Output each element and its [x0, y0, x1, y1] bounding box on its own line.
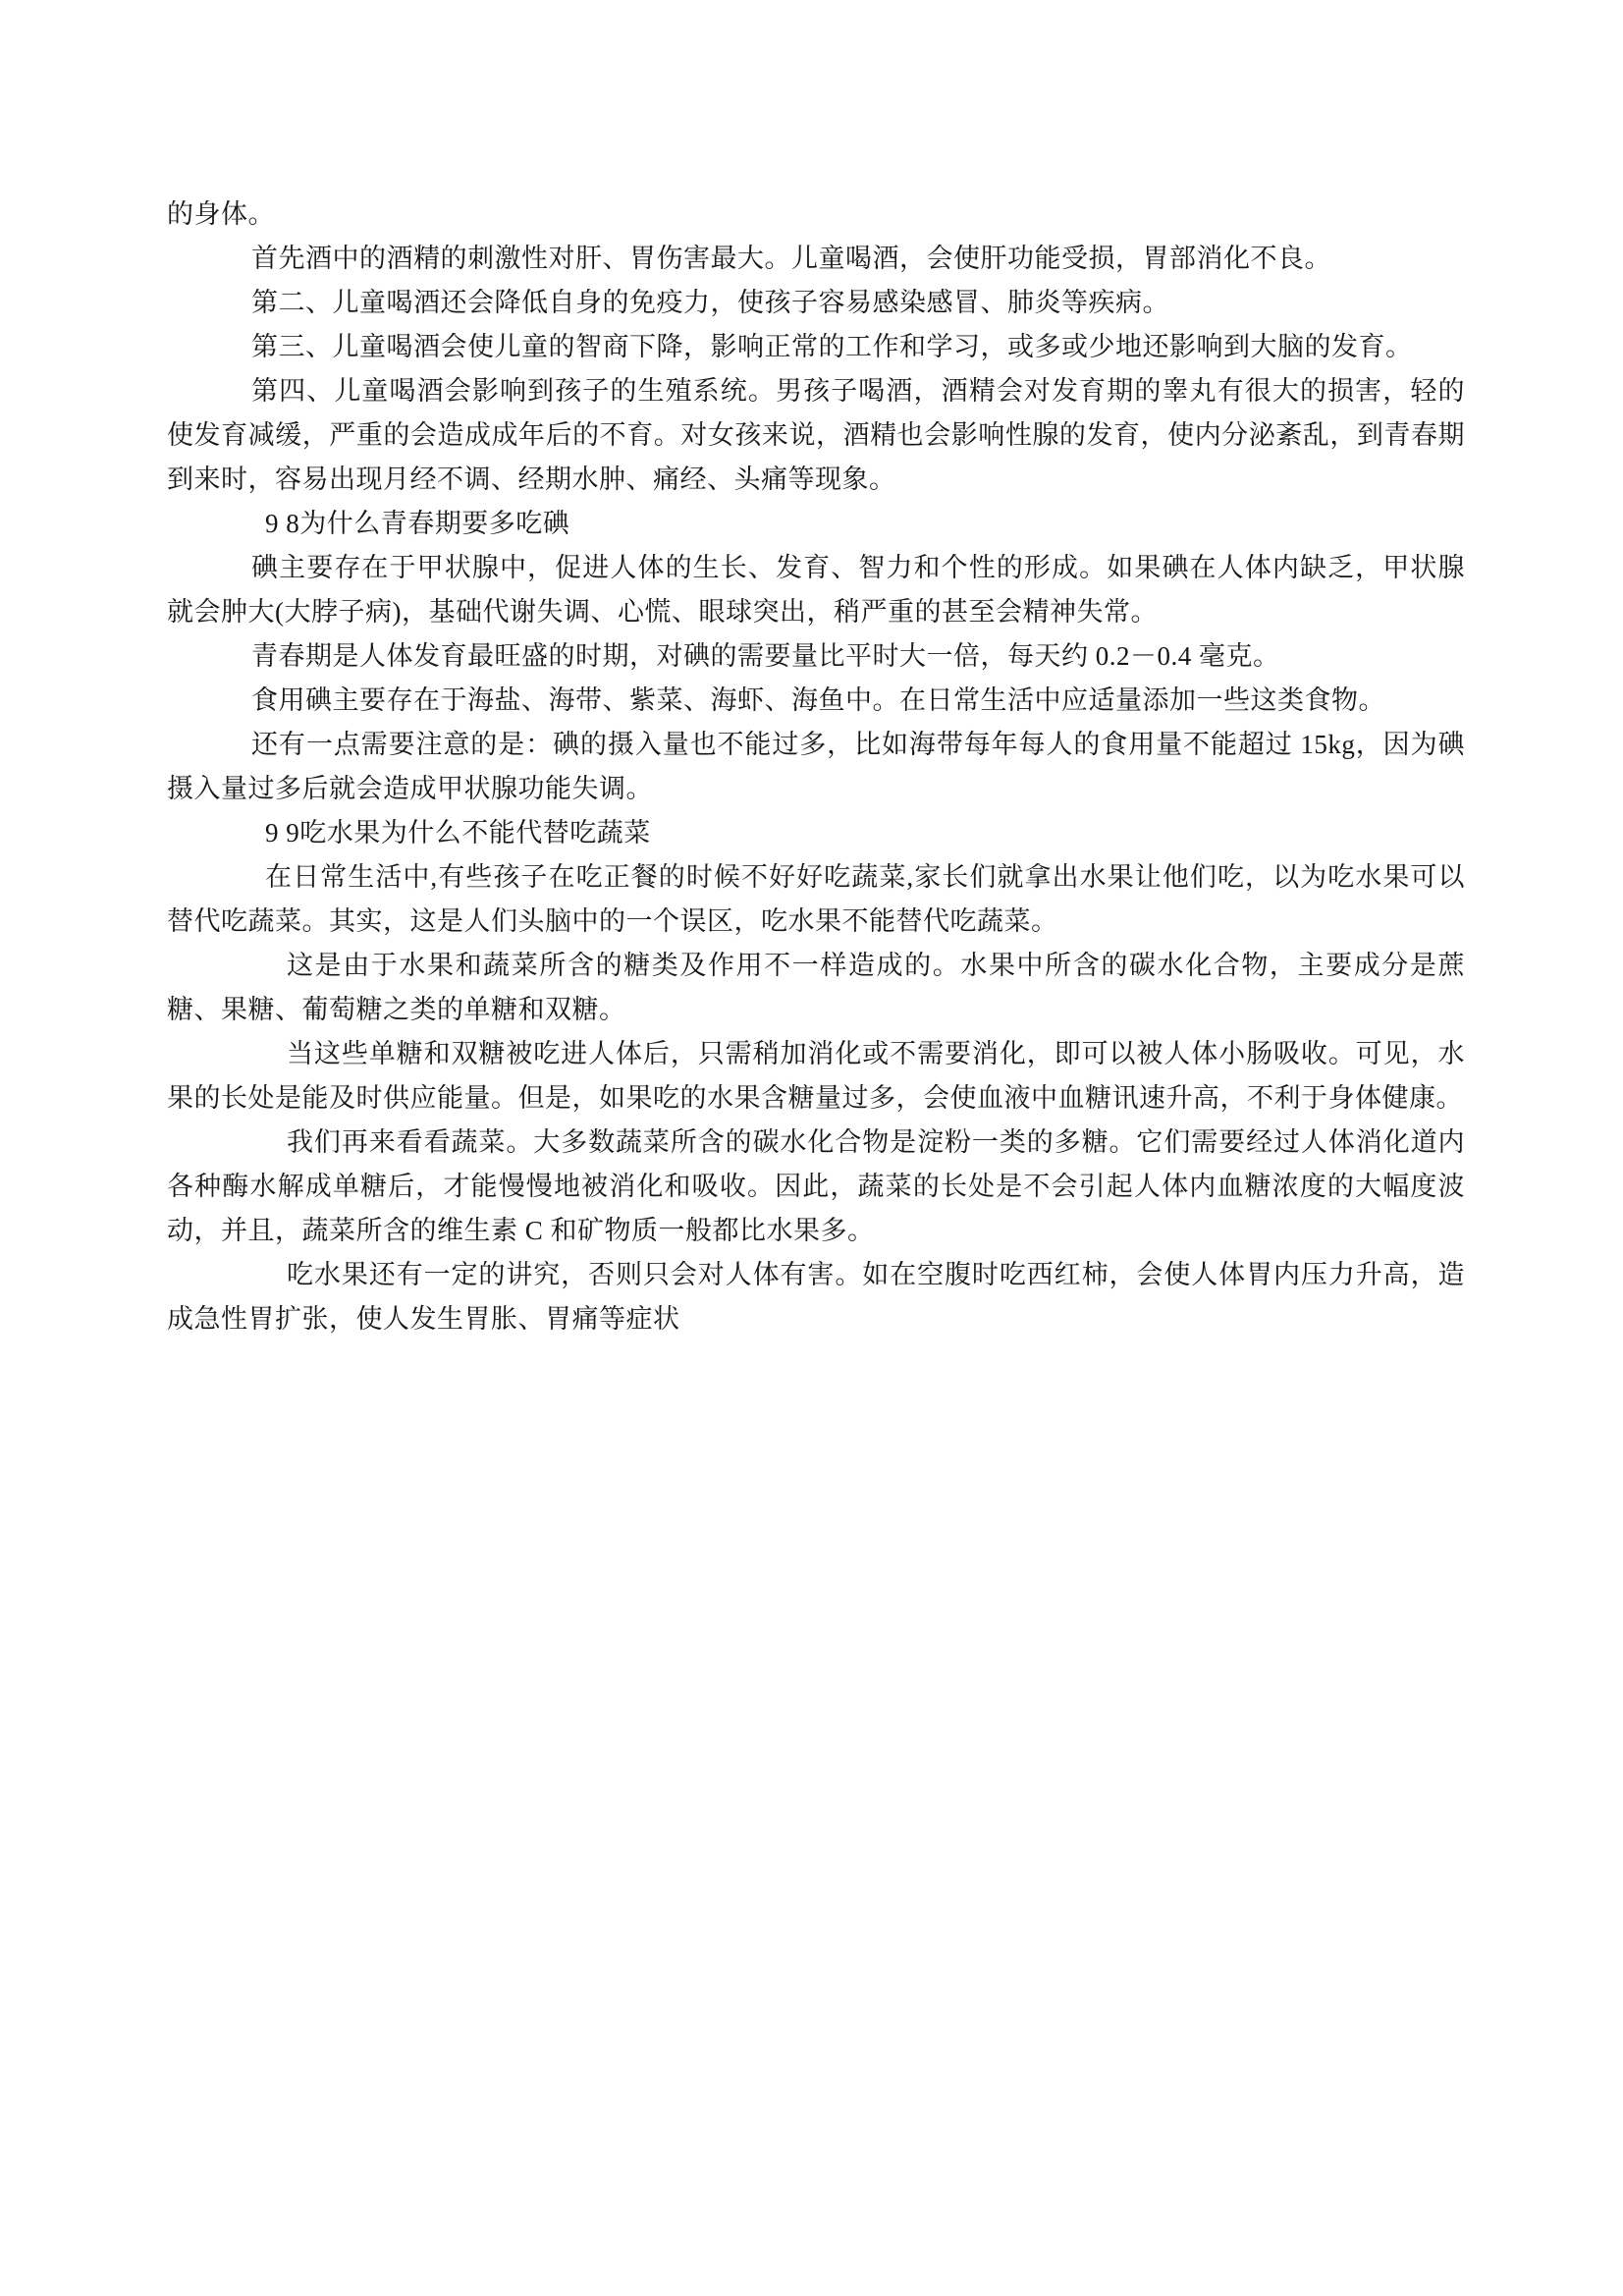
heading-section-99-fruit-vegetable: 9 9吃水果为什么不能代替吃蔬菜 — [167, 811, 1465, 855]
document-content: 的身体。 首先酒中的酒精的刺激性对肝、胃伤害最大。儿童喝酒，会使肝功能受损，胃部… — [167, 192, 1465, 1341]
paragraph-sugar-difference: 这是由于水果和蔬菜所含的糖类及作用不一样造成的。水果中所含的碳水化合物，主要成分… — [167, 944, 1465, 1032]
paragraph-fruit-misconception: 在日常生活中,有些孩子在吃正餐的时候不好好吃蔬菜,家长们就拿出水果让他们吃，以为… — [167, 855, 1465, 944]
paragraph-third-intelligence: 第三、儿童喝酒会使儿童的智商下降，影响正常的工作和学习，或多或少地还影响到大脑的… — [167, 325, 1465, 369]
heading-section-98-iodine: 9 8为什么青春期要多吃碘 — [167, 502, 1465, 546]
paragraph-alcohol-liver-harm: 首先酒中的酒精的刺激性对肝、胃伤害最大。儿童喝酒，会使肝功能受损，胃部消化不良。 — [167, 237, 1465, 281]
paragraph-vegetable-benefit: 我们再来看看蔬菜。大多数蔬菜所含的碳水化合物是淀粉一类的多糖。它们需要经过人体消… — [167, 1121, 1465, 1253]
paragraph-iodine-role: 碘主要存在于甲状腺中，促进人体的生长、发育、智力和个性的形成。如果碘在人体内缺乏… — [167, 546, 1465, 634]
paragraph-second-immunity: 第二、儿童喝酒还会降低自身的免疫力，使孩子容易感染感冒、肺炎等疾病。 — [167, 281, 1465, 325]
paragraph-fourth-reproductive: 第四、儿童喝酒会影响到孩子的生殖系统。男孩子喝酒，酒精会对发育期的睾丸有很大的损… — [167, 369, 1465, 502]
paragraph-puberty-iodine-need: 青春期是人体发育最旺盛的时期，对碘的需要量比平时大一倍，每天约 0.2－0.4 … — [167, 634, 1465, 679]
paragraph-iodine-sources: 食用碘主要存在于海盐、海带、紫菜、海虾、海鱼中。在日常生活中应适量添加一些这类食… — [167, 679, 1465, 723]
paragraph-continuation: 的身体。 — [167, 192, 1465, 237]
document-page: 的身体。 首先酒中的酒精的刺激性对肝、胃伤害最大。儿童喝酒，会使肝功能受损，胃部… — [0, 0, 1623, 2296]
paragraph-fruit-caution: 吃水果还有一定的讲究，否则只会对人体有害。如在空腹时吃西红柿，会使人体胃内压力升… — [167, 1253, 1465, 1341]
paragraph-fruit-digestion: 当这些单糖和双糖被吃进人体后，只需稍加消化或不需要消化，即可以被人体小肠吸收。可… — [167, 1032, 1465, 1121]
paragraph-iodine-limit: 还有一点需要注意的是：碘的摄入量也不能过多，比如海带每年每人的食用量不能超过 1… — [167, 723, 1465, 811]
